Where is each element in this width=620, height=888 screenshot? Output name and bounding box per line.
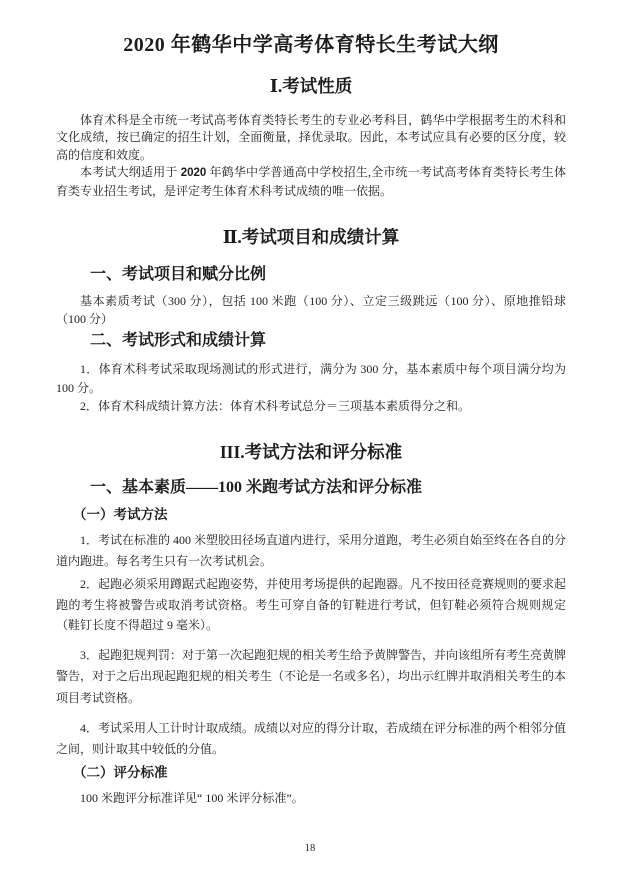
test-methods-item-4: 4．考试采用人工计时计取成绩。成绩以对应的得分计取，若成绩在评分标准的两个相邻分…	[56, 718, 566, 759]
section-2-item-2: 2．体育术科成绩计算方法：体育术科考试总分＝三项基本素质得分之和。	[56, 397, 566, 416]
section-2-heading: Ⅱ.考试项目和成绩计算	[56, 226, 566, 248]
document-page: 2020 年鹤华中学高考体育特长生考试大纲 Ⅰ.考试性质 体育术科是全市统一考试…	[0, 0, 620, 888]
paragraph-2-year: 2020	[181, 167, 207, 179]
test-methods-item-3: 3．起跑犯规判罚：对于第一次起跑犯规的相关考生给予黄牌警告，并向该组所有考生亮黄…	[56, 645, 566, 710]
section-1-paragraph-1: 体育术科是全市统一考试高考体育类特长考生的专业必考科目，鹤华中学根据考生的术科和…	[56, 112, 566, 165]
section-2-item-1: 1．体育术科考试采取现场测试的形式进行，满分为 300 分，基本素质中每个项目满…	[56, 360, 566, 397]
section-2-sub-1-heading: 一、考试项目和赋分比例	[90, 264, 566, 286]
document-content: 2020 年鹤华中学高考体育特长生考试大纲 Ⅰ.考试性质 体育术科是全市统一考试…	[56, 0, 566, 807]
section-3-sub-1-heading: 一、基本素质——100 米跑考试方法和评分标准	[90, 477, 566, 499]
test-methods-item-2: 2．起跑必须采用蹲踞式起跑姿势，并使用考场提供的起跑器。凡不按田径竞赛规则的要求…	[56, 574, 566, 636]
section-3-heading: III.考试方法和评分标准	[56, 441, 566, 463]
test-methods-item-1: 1．考试在标准的 400 米塑胶田径场直道内进行，采用分道跑，考生必须自始至终在…	[56, 530, 566, 571]
test-methods-heading: （一）考试方法	[73, 506, 566, 524]
section-1-heading: Ⅰ.考试性质	[56, 75, 566, 97]
scoring-standard-heading: （二）评分标准	[73, 764, 566, 782]
scoring-standard-paragraph: 100 米跑评分标准详见“ 100 米评分标准”。	[56, 789, 566, 807]
section-1-paragraph-2: 本考试大纲适用于 2020 年鹤华中学普通高中学校招生,全市统一考试高考体育类特…	[56, 164, 566, 200]
section-2-sub-1-paragraph: 基本素质考试（300 分），包括 100 米跑（100 分）、立定三级跳远（10…	[56, 292, 566, 328]
page-number: 18	[0, 843, 620, 855]
section-2-sub-2-heading: 二、考试形式和成绩计算	[90, 330, 566, 352]
document-title: 2020 年鹤华中学高考体育特长生考试大纲	[56, 33, 566, 58]
paragraph-2-text-before: 本考试大纲适用于	[80, 165, 181, 179]
